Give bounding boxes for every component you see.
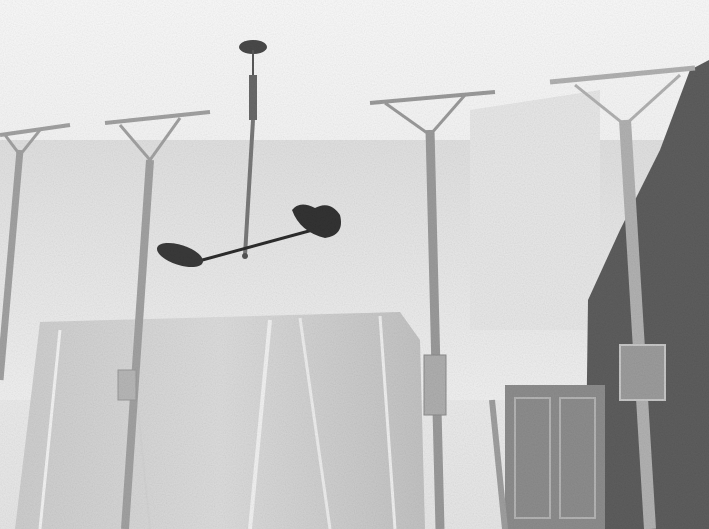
soffit [470,90,600,330]
plastic-covered-furniture [15,312,425,529]
photo-scene [0,0,709,529]
door [505,385,605,529]
